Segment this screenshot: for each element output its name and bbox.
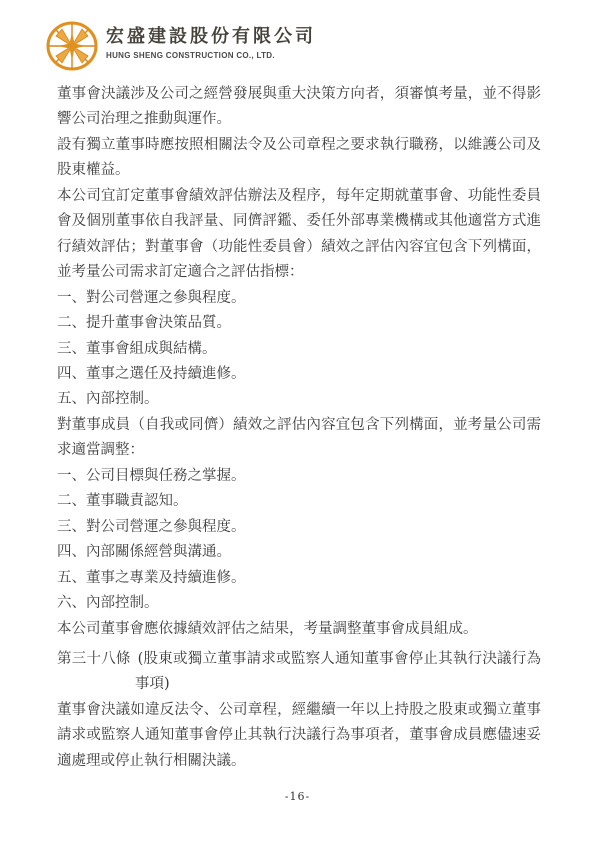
article-38: 第三十八條(股東或獨立董事請求或監察人通知董事會停止其執行決議行為事項) 董事會… [57, 647, 541, 774]
document-body: 董事會決議涉及公司之經營發展與重大決策方向者，須審慎考量，並不得影響公司治理之推… [57, 82, 541, 774]
company-name-block: 宏盛建設股份有限公司 HUNG SHENG CONSTRUCTION CO., … [106, 20, 316, 60]
list-item-member-4: 四、內部關係經營與溝通。 [57, 540, 541, 565]
list-item-member-3: 三、對公司營運之參與程度。 [57, 515, 541, 540]
page-number: -16- [285, 790, 310, 803]
company-name-en: HUNG SHENG CONSTRUCTION CO., LTD. [106, 51, 316, 60]
article-title: (股東或獨立董事請求或監察人通知董事會停止其執行決議行為事項) [135, 651, 541, 692]
company-logo-icon [45, 20, 99, 72]
list-item-member-1: 一、公司目標與任務之掌握。 [57, 464, 541, 489]
list-item-board-1: 一、對公司營運之參與程度。 [57, 286, 541, 311]
paragraph-performance-evaluation: 本公司宜訂定董事會績效評估辦法及程序，每年定期就董事會、功能性委員會及個別董事依… [57, 184, 541, 286]
list-item-member-6: 六、內部控制。 [57, 591, 541, 616]
company-name-zh: 宏盛建設股份有限公司 [106, 26, 316, 48]
paragraph-closing: 本公司董事會應依據績效評估之結果，考量調整董事會成員組成。 [57, 617, 541, 642]
list-item-board-2: 二、提升董事會決策品質。 [57, 311, 541, 336]
article-38-heading: 第三十八條(股東或獨立董事請求或監察人通知董事會停止其執行決議行為事項) [57, 647, 541, 698]
paragraph-member-evaluation-intro: 對董事成員（自我或同儕）績效之評估內容宜包含下列構面，並考量公司需求適當調整： [57, 413, 541, 464]
article-number: 第三十八條 [57, 651, 131, 667]
list-item-board-5: 五、內部控制。 [57, 387, 541, 412]
article-38-body: 董事會決議如違反法令、公司章程，經繼續一年以上持股之股東或獨立董事請求或監察人通… [57, 698, 541, 774]
letterhead: 宏盛建設股份有限公司 HUNG SHENG CONSTRUCTION CO., … [45, 20, 316, 72]
paragraph-board-resolution: 董事會決議涉及公司之經營發展與重大決策方向者，須審慎考量，並不得影響公司治理之推… [57, 82, 541, 133]
list-item-board-3: 三、董事會組成與結構。 [57, 337, 541, 362]
document-page: 宏盛建設股份有限公司 HUNG SHENG CONSTRUCTION CO., … [0, 0, 595, 842]
page-footer: -16- [0, 785, 595, 804]
list-item-member-5: 五、董事之專業及持續進修。 [57, 566, 541, 591]
paragraph-independent-directors: 設有獨立董事時應按照相關法令及公司章程之要求執行職務，以維護公司及股東權益。 [57, 133, 541, 184]
list-item-board-4: 四、董事之選任及持續進修。 [57, 362, 541, 387]
list-item-member-2: 二、董事職責認知。 [57, 489, 541, 514]
